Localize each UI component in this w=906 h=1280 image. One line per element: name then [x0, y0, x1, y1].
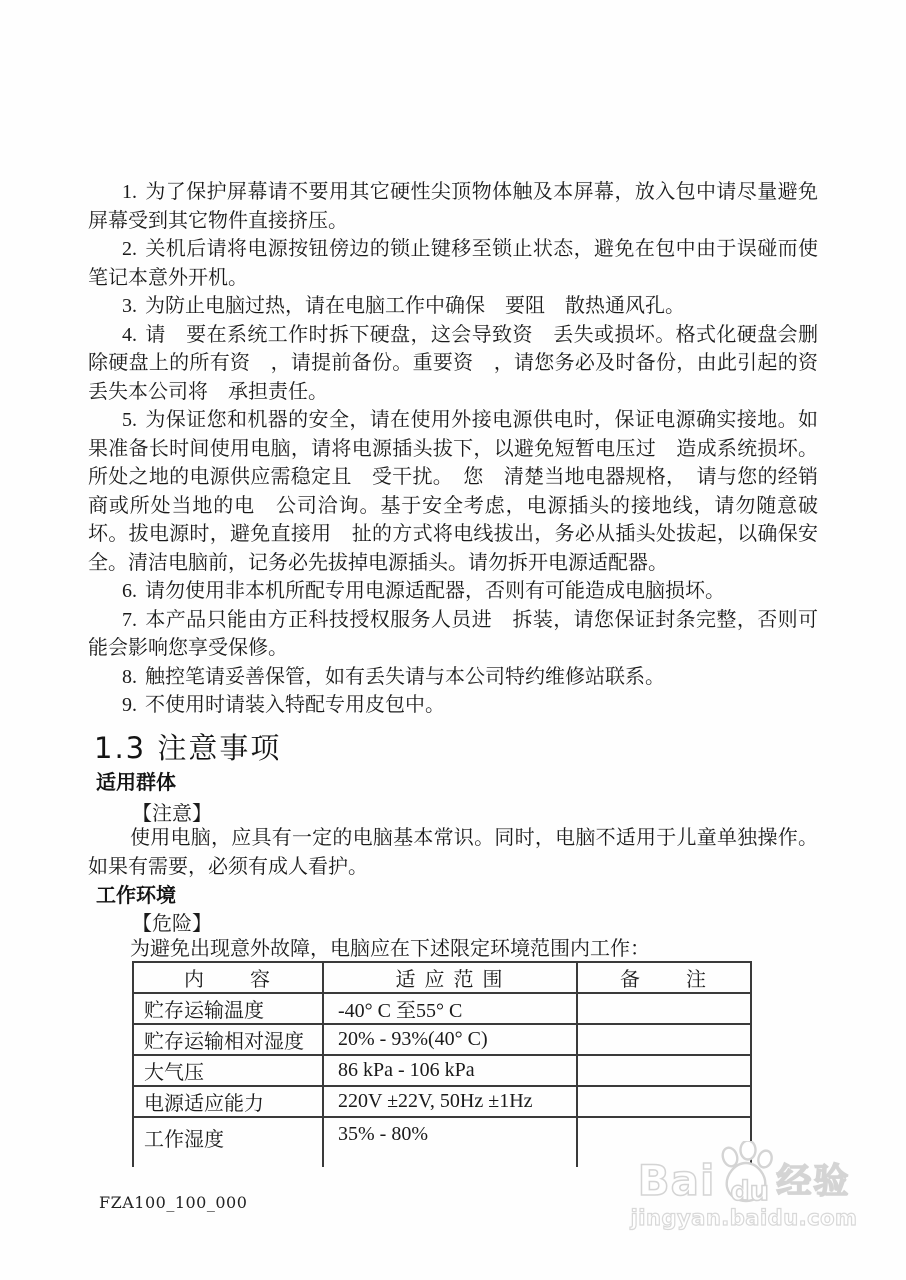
notice-number: 5.	[122, 409, 137, 431]
cell-item: 电源适应能力	[133, 1086, 323, 1117]
notice-number: 6.	[122, 580, 137, 602]
notice-item-7: 7.本产品只能由方正科技授权服务人员进 拆装，请您保证封条完整，否则可能会影响您…	[88, 606, 818, 663]
notice-number: 9.	[122, 694, 137, 716]
notice-item-2: 2.关机后请将电源按钮傍边的锁止键移至锁止状态，避免在包中由于误碰而使笔记本意外…	[88, 235, 818, 292]
header-range: 适 应 范 围	[323, 962, 577, 993]
notice-number: 2.	[122, 238, 137, 260]
notice-number: 7.	[122, 609, 137, 631]
notice-tag: 【注意】	[132, 797, 212, 826]
notice-number: 4.	[122, 324, 137, 346]
notice-text: 不使用时请装入特配专用皮包中。	[145, 694, 445, 716]
table-row: 大气压 86 kPa - 106 kPa	[133, 1055, 751, 1086]
table-header-row: 内 容 适 应 范 围 备 注	[133, 962, 751, 993]
notice-text: 请 要在系统工作时拆下硬盘，这会导致资 丢失或损坏。格式化硬盘会删除硬盘上的所有…	[88, 324, 838, 403]
cell-range: 20% - 93%(40° C)	[323, 1024, 577, 1055]
cell-item: 贮存运输相对湿度	[133, 1024, 323, 1055]
header-note: 备 注	[577, 962, 751, 993]
cell-item: 工作湿度	[133, 1117, 323, 1167]
cell-item: 大气压	[133, 1055, 323, 1086]
cell-range: -40° C 至55° C	[323, 993, 577, 1024]
applicable-group-body: 使用电脑，应具有一定的电脑基本常识。同时，电脑不适用于儿童单独操作。如果有需要，…	[88, 824, 818, 881]
notice-item-1: 1.为了保护屏幕请不要用其它硬性尖顶物体触及本屏幕，放入包中请尽量避免屏幕受到其…	[88, 178, 818, 235]
paw-icon: du	[717, 1141, 775, 1203]
cell-note	[577, 1086, 751, 1117]
watermark-text-jingyan: 经验	[776, 1164, 850, 1201]
notice-text: 请勿使用非本机所配专用电源适配器，否则有可能造成电脑损坏。	[145, 580, 725, 602]
cell-note	[577, 1055, 751, 1086]
notice-text: 为保证您和机器的安全，请在使用外接电源供电时，保证电源确实接地。如果准备长时间使…	[88, 409, 818, 574]
subsection-title-work-environment: 工作环境	[96, 879, 176, 908]
section-heading: 1.3 注意事项	[94, 726, 281, 767]
header-content: 内 容	[133, 962, 323, 993]
cell-note	[577, 993, 751, 1024]
cell-range: 220V ±22V, 50Hz ±1Hz	[323, 1086, 577, 1117]
table-row: 电源适应能力 220V ±22V, 50Hz ±1Hz	[133, 1086, 751, 1117]
notice-text: 关机后请将电源按钮傍边的锁止键移至锁止状态，避免在包中由于误碰而使笔记本意外开机…	[88, 238, 818, 289]
footer-doc-code: FZA100_100_000	[99, 1193, 247, 1212]
notice-text: 触控笔请妥善保管，如有丢失请与本公司特约维修站联系。	[145, 666, 665, 688]
notice-item-6: 6.请勿使用非本机所配专用电源适配器，否则有可能造成电脑损坏。	[88, 577, 818, 606]
cell-item: 贮存运输温度	[133, 993, 323, 1024]
cell-note	[577, 1024, 751, 1055]
notice-text: 为防止电脑过热，请在电脑工作中确保 要阻 散热通风孔。	[145, 295, 685, 317]
watermark-logo-row: Bai du 经验	[626, 1141, 862, 1201]
danger-tag: 【危险】	[132, 907, 212, 936]
notice-item-5: 5.为保证您和机器的安全，请在使用外接电源供电时，保证电源确实接地。如果准备长时…	[88, 406, 818, 577]
environment-table: 内 容 适 应 范 围 备 注 贮存运输温度 -40° C 至55° C 贮存运…	[132, 961, 752, 1167]
subsection-title-applicable-group: 适用群体	[96, 766, 176, 795]
notice-item-9: 9.不使用时请装入特配专用皮包中。	[88, 691, 818, 720]
notice-text: 为了保护屏幕请不要用其它硬性尖顶物体触及本屏幕，放入包中请尽量避免屏幕受到其它物…	[88, 181, 818, 232]
safety-notices-list: 1.为了保护屏幕请不要用其它硬性尖顶物体触及本屏幕，放入包中请尽量避免屏幕受到其…	[88, 178, 818, 720]
watermark-text-du: du	[730, 1178, 769, 1205]
notice-item-8: 8.触控笔请妥善保管，如有丢失请与本公司特约维修站联系。	[88, 663, 818, 692]
watermark-url: jingyan.baidu.com	[626, 1205, 862, 1231]
notice-item-3: 3.为防止电脑过热，请在电脑工作中确保 要阻 散热通风孔。	[88, 292, 818, 321]
work-environment-body: 为避免出现意外故障，电脑应在下述限定环境范围内工作：	[88, 935, 818, 964]
manual-page: 1.为了保护屏幕请不要用其它硬性尖顶物体触及本屏幕，放入包中请尽量避免屏幕受到其…	[0, 0, 906, 1280]
notice-text: 本产品只能由方正科技授权服务人员进 拆装，请您保证封条完整，否则可能会影响您享受…	[88, 609, 818, 660]
notice-number: 1.	[122, 181, 137, 203]
notice-number: 8.	[122, 666, 137, 688]
watermark-text-bai: Bai	[638, 1161, 716, 1201]
baidu-jingyan-watermark: Bai du 经验 jingyan.baidu.com	[626, 1141, 862, 1231]
cell-range: 86 kPa - 106 kPa	[323, 1055, 577, 1086]
table-row: 贮存运输相对湿度 20% - 93%(40° C)	[133, 1024, 751, 1055]
table-row: 贮存运输温度 -40° C 至55° C	[133, 993, 751, 1024]
notice-number: 3.	[122, 295, 137, 317]
cell-range: 35% - 80%	[323, 1117, 577, 1167]
notice-item-4: 4.请 要在系统工作时拆下硬盘，这会导致资 丢失或损坏。格式化硬盘会删除硬盘上的…	[88, 321, 818, 407]
